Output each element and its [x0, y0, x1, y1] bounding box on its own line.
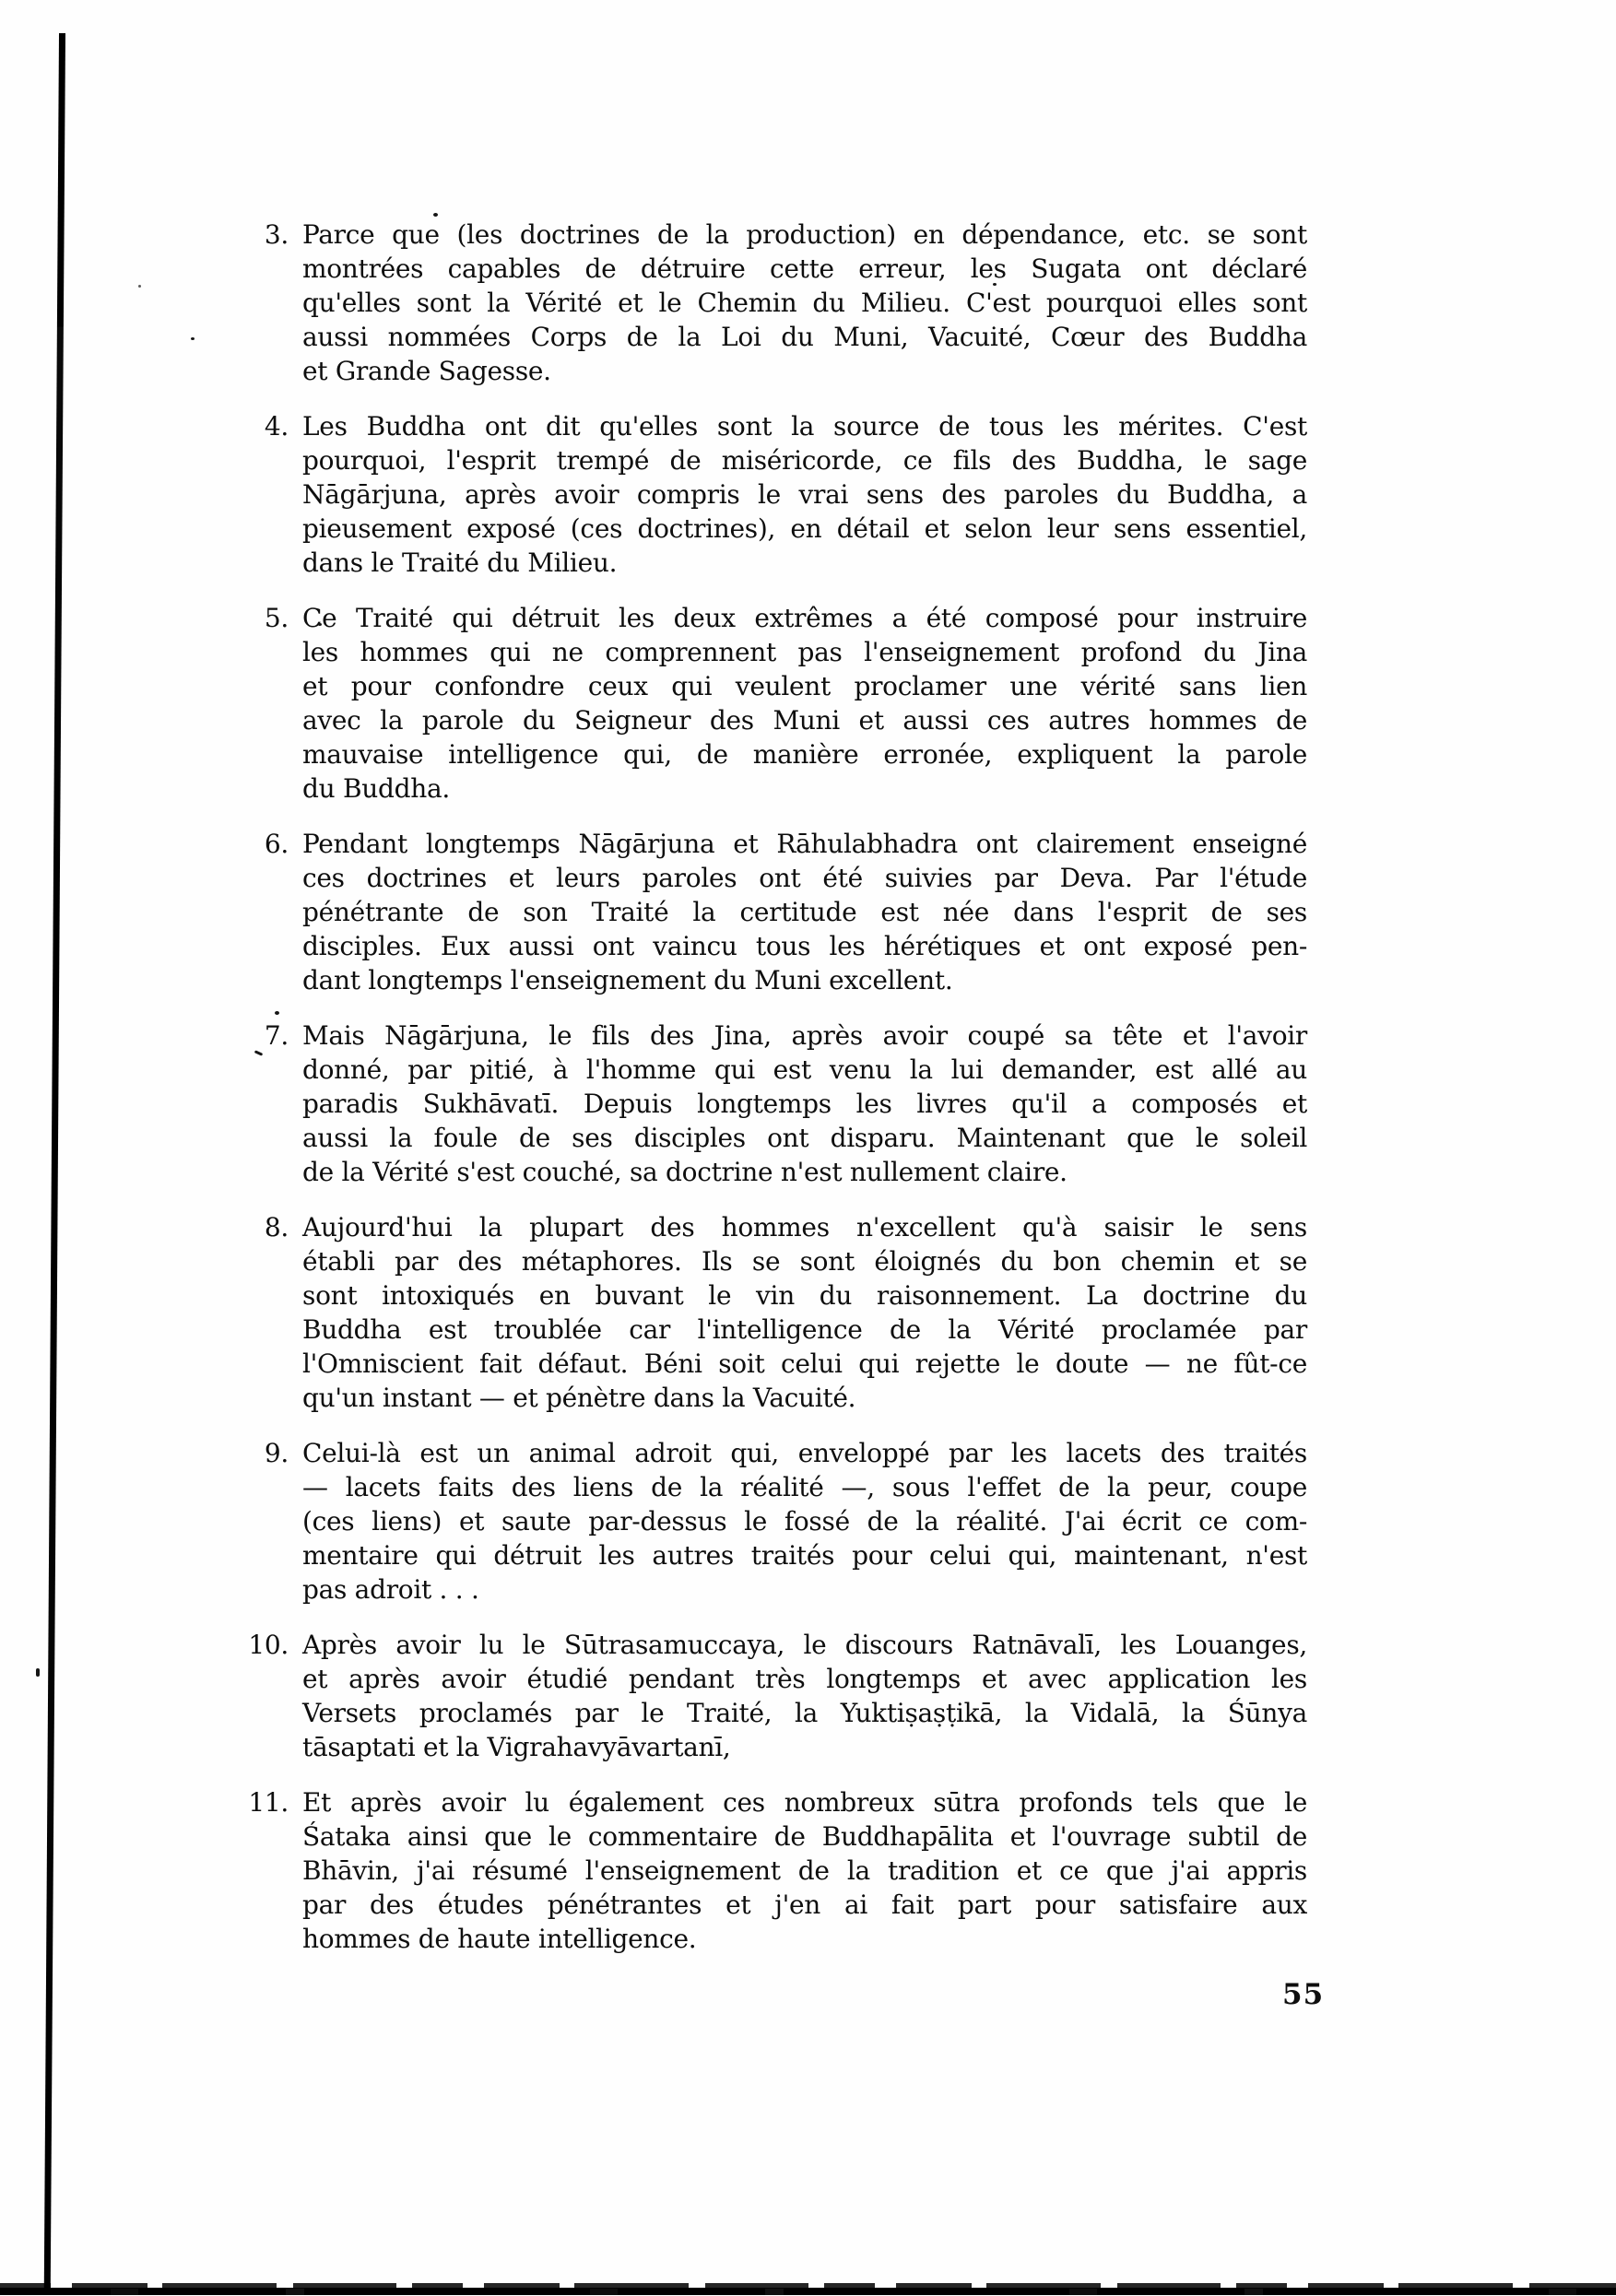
paragraph-item: 10. Après avoir lu le Sūtrasamuccaya, le… — [219, 1628, 1307, 1764]
paragraph-line: dans le Traité du Milieu. — [302, 546, 1307, 580]
paragraph-text: Celui-là est un animal adroit qui, envel… — [302, 1436, 1307, 1607]
paragraph-line: du Buddha. — [302, 771, 1307, 806]
paragraph-line: pas adroit . . . — [302, 1572, 1307, 1607]
paragraph-line: Pendant longtemps Nāgārjuna et Rāhulabha… — [302, 827, 1307, 861]
paragraph-line: et pour confondre ceux qui veulent procl… — [302, 669, 1307, 703]
paragraph-line: disciples. Eux aussi ont vaincu tous les… — [302, 929, 1307, 963]
paragraph-item: 4. Les Buddha ont dit qu'elles sont la s… — [219, 409, 1307, 580]
paragraph-number: 6. — [219, 827, 302, 997]
paragraph-line: et Grande Sagesse. — [302, 354, 1307, 388]
paragraph-number: 11. — [219, 1785, 302, 1956]
paragraph-list: 3. Parce que (les doctrines de la produc… — [219, 218, 1307, 1956]
paragraph-number: 5. — [219, 601, 302, 806]
paragraph-line: Et après avoir lu également ces nombreux… — [302, 1785, 1307, 1819]
paragraph-line: les hommes qui ne comprennent pas l'ense… — [302, 635, 1307, 669]
text-block: 3. Parce que (les doctrines de la produc… — [219, 218, 1307, 1956]
paragraph-line: Versets proclamés par le Traité, la Yukt… — [302, 1696, 1307, 1730]
paragraph-line: — lacets faits des liens de la réalité —… — [302, 1470, 1307, 1504]
paragraph-line: (ces liens) et saute par-dessus le fossé… — [302, 1504, 1307, 1538]
paragraph-text: Et après avoir lu également ces nombreux… — [302, 1785, 1307, 1956]
paragraph-text: Après avoir lu le Sūtrasamuccaya, le dis… — [302, 1628, 1307, 1764]
paragraph-line: mauvaise intelligence qui, de manière er… — [302, 737, 1307, 771]
paragraph-line: par des études pénétrantes et j'en ai fa… — [302, 1888, 1307, 1922]
paragraph-line: dant longtemps l'enseignement du Muni ex… — [302, 963, 1307, 997]
paragraph-line: l'Omniscient fait défaut. Béni soit celu… — [302, 1347, 1307, 1381]
scan-bottom-artifact — [0, 2281, 1616, 2296]
paragraph-line: qu'elles sont la Vérité et le Chemin du … — [302, 286, 1307, 320]
paragraph-text: Pendant longtemps Nāgārjuna et Rāhulabha… — [302, 827, 1307, 997]
paragraph-number: 7. — [219, 1018, 302, 1189]
scan-speck — [36, 1668, 40, 1677]
page-number: 55 — [1282, 1978, 1324, 2011]
paragraph-item: 7. Mais Nāgārjuna, le fils des Jina, apr… — [219, 1018, 1307, 1189]
paragraph-line: paradis Sukhāvatī. Depuis longtemps les … — [302, 1087, 1307, 1121]
paragraph-line: Celui-là est un animal adroit qui, envel… — [302, 1436, 1307, 1470]
scan-speck — [318, 623, 322, 626]
paragraph-line: Mais Nāgārjuna, le fils des Jina, après … — [302, 1018, 1307, 1053]
paragraph-text: Ce Traité qui détruit les deux extrêmes … — [302, 601, 1307, 806]
paragraph-number: 8. — [219, 1210, 302, 1415]
paragraph-line: ces doctrines et leurs paroles ont été s… — [302, 861, 1307, 895]
paragraph-number: 10. — [219, 1628, 302, 1764]
paragraph-line: Buddha est troublée car l'intelligence d… — [302, 1313, 1307, 1347]
paragraph-line: donné, par pitié, à l'homme qui est venu… — [302, 1053, 1307, 1087]
paragraph-line: Ce Traité qui détruit les deux extrêmes … — [302, 601, 1307, 635]
paragraph-line: pieusement exposé (ces doctrines), en dé… — [302, 512, 1307, 546]
scan-speck — [275, 1011, 279, 1015]
paragraph-text: Aujourd'hui la plupart des hommes n'exce… — [302, 1210, 1307, 1415]
paragraph-text: Parce que (les doctrines de la productio… — [302, 218, 1307, 388]
paragraph-number: 4. — [219, 409, 302, 580]
paragraph-line: Śataka ainsi que le commentaire de Buddh… — [302, 1819, 1307, 1854]
paragraph-line: sont intoxiqués en buvant le vin du rais… — [302, 1278, 1307, 1313]
paragraph-line: tāsaptati et la Vigrahavyāvartanī, — [302, 1730, 1307, 1764]
paragraph-line: Aujourd'hui la plupart des hommes n'exce… — [302, 1210, 1307, 1244]
paragraph-item: 5. Ce Traité qui détruit les deux extrêm… — [219, 601, 1307, 806]
paragraph-text: Mais Nāgārjuna, le fils des Jina, après … — [302, 1018, 1307, 1189]
paragraph-line: montrées capables de détruire cette erre… — [302, 252, 1307, 286]
scan-bottom-noise — [0, 2283, 1616, 2289]
paragraph-line: hommes de haute intelligence. — [302, 1922, 1307, 1956]
paragraph-line: qu'un instant — et pénètre dans la Vacui… — [302, 1381, 1307, 1415]
paragraph-item: 6. Pendant longtemps Nāgārjuna et Rāhula… — [219, 827, 1307, 997]
scan-speck — [138, 285, 141, 288]
paragraph-text: Les Buddha ont dit qu'elles sont la sour… — [302, 409, 1307, 580]
scan-speck — [993, 283, 997, 286]
scan-bottom-bar — [0, 2288, 1616, 2295]
paragraph-line: aussi la foule de ses disciples ont disp… — [302, 1121, 1307, 1155]
book-page: 3. Parce que (les doctrines de la produc… — [0, 0, 1616, 2296]
paragraph-line: mentaire qui détruit les autres traités … — [302, 1538, 1307, 1572]
paragraph-line: de la Vérité s'est couché, sa doctrine n… — [302, 1155, 1307, 1189]
paragraph-line: pénétrante de son Traité la certitude es… — [302, 895, 1307, 929]
paragraph-line: aussi nommées Corps de la Loi du Muni, V… — [302, 320, 1307, 354]
paragraph-line: Parce que (les doctrines de la productio… — [302, 218, 1307, 252]
paragraph-line: établi par des métaphores. Ils se sont é… — [302, 1244, 1307, 1278]
paragraph-line: Après avoir lu le Sūtrasamuccaya, le dis… — [302, 1628, 1307, 1662]
paragraph-line: pourquoi, l'esprit trempé de miséricorde… — [302, 443, 1307, 477]
scan-speck — [191, 337, 195, 340]
paragraph-number: 9. — [219, 1436, 302, 1607]
paragraph-line: Les Buddha ont dit qu'elles sont la sour… — [302, 409, 1307, 443]
paragraph-line: et après avoir étudié pendant très longt… — [302, 1662, 1307, 1696]
paragraph-number: 3. — [219, 218, 302, 388]
paragraph-line: Nāgārjuna, après avoir compris le vrai s… — [302, 477, 1307, 512]
paragraph-line: Bhāvin, j'ai résumé l'enseignement de la… — [302, 1854, 1307, 1888]
paragraph-item: 3. Parce que (les doctrines de la produc… — [219, 218, 1307, 388]
paragraph-item: 11. Et après avoir lu également ces nomb… — [219, 1785, 1307, 1956]
paragraph-line: avec la parole du Seigneur des Muni et a… — [302, 703, 1307, 737]
paragraph-item: 9. Celui-là est un animal adroit qui, en… — [219, 1436, 1307, 1607]
scan-gutter-line — [44, 33, 65, 2291]
paragraph-item: 8. Aujourd'hui la plupart des hommes n'e… — [219, 1210, 1307, 1415]
scan-speck — [433, 213, 438, 217]
